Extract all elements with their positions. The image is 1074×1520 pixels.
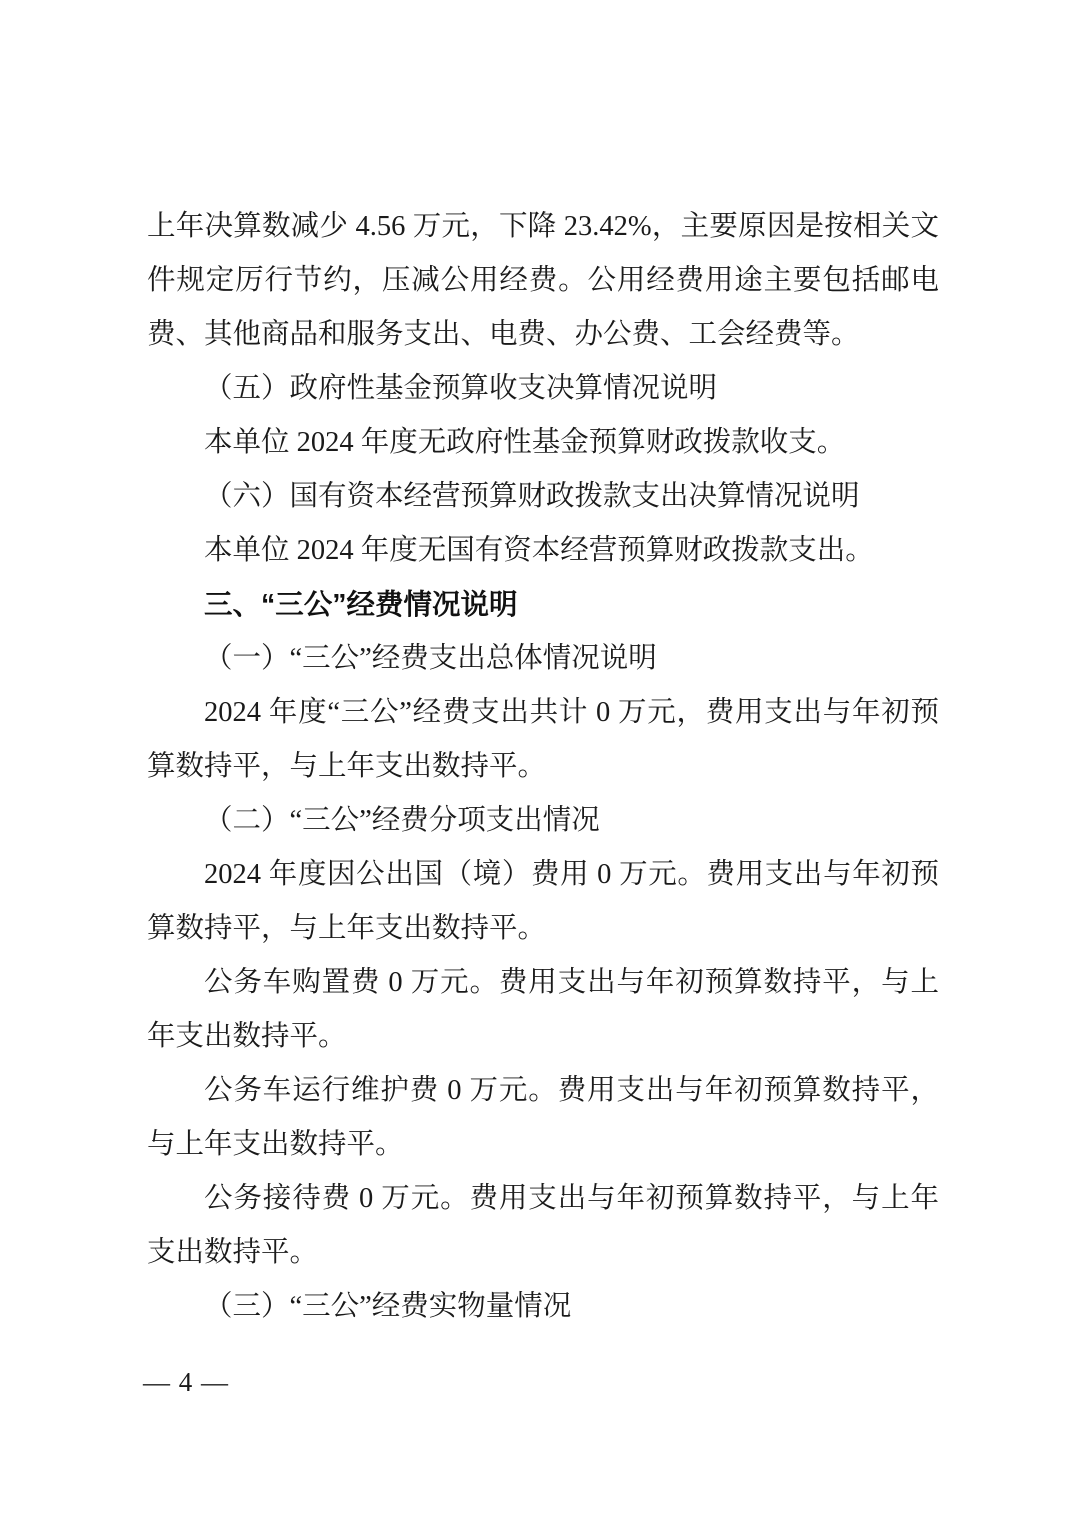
subsection-2-body-vehicle-purchase: 公务车购置费 0 万元。费用支出与年初预算数持平，与上年支出数持平。 xyxy=(147,956,939,1064)
document-page: 上年决算数减少 4.56 万元，下降 23.42%，主要原因是按相关文件规定厉行… xyxy=(0,0,1074,1520)
subsection-1-body: 2024 年度“三公”经费支出共计 0 万元，费用支出与年初预算数持平，与上年支… xyxy=(147,686,939,794)
section-6-heading: （六）国有资本经营预算财政拨款支出决算情况说明 xyxy=(147,470,939,524)
subsection-3-heading: （三）“三公”经费实物量情况 xyxy=(147,1280,939,1334)
subsection-2-body-abroad: 2024 年度因公出国（境）费用 0 万元。费用支出与年初预算数持平，与上年支出… xyxy=(147,848,939,956)
document-body: 上年决算数减少 4.56 万元，下降 23.42%，主要原因是按相关文件规定厉行… xyxy=(147,200,939,1334)
page-footer: — 4 — xyxy=(143,1366,229,1398)
chapter-3-heading: 三、“三公”经费情况说明 xyxy=(147,578,939,632)
section-6-body: 本单位 2024 年度无国有资本经营预算财政拨款支出。 xyxy=(147,524,939,578)
section-5-body: 本单位 2024 年度无政府性基金预算财政拨款收支。 xyxy=(147,416,939,470)
page-number: — 4 — xyxy=(143,1367,229,1397)
subsection-2-body-vehicle-maintenance: 公务车运行维护费 0 万元。费用支出与年初预算数持平，与上年支出数持平。 xyxy=(147,1064,939,1172)
subsection-2-heading: （二）“三公”经费分项支出情况 xyxy=(147,794,939,848)
section-5-heading: （五）政府性基金预算收支决算情况说明 xyxy=(147,362,939,416)
subsection-2-body-reception: 公务接待费 0 万元。费用支出与年初预算数持平，与上年支出数持平。 xyxy=(147,1172,939,1280)
subsection-1-heading: （一）“三公”经费支出总体情况说明 xyxy=(147,632,939,686)
paragraph-public-expense-continuation: 上年决算数减少 4.56 万元，下降 23.42%，主要原因是按相关文件规定厉行… xyxy=(147,200,939,362)
